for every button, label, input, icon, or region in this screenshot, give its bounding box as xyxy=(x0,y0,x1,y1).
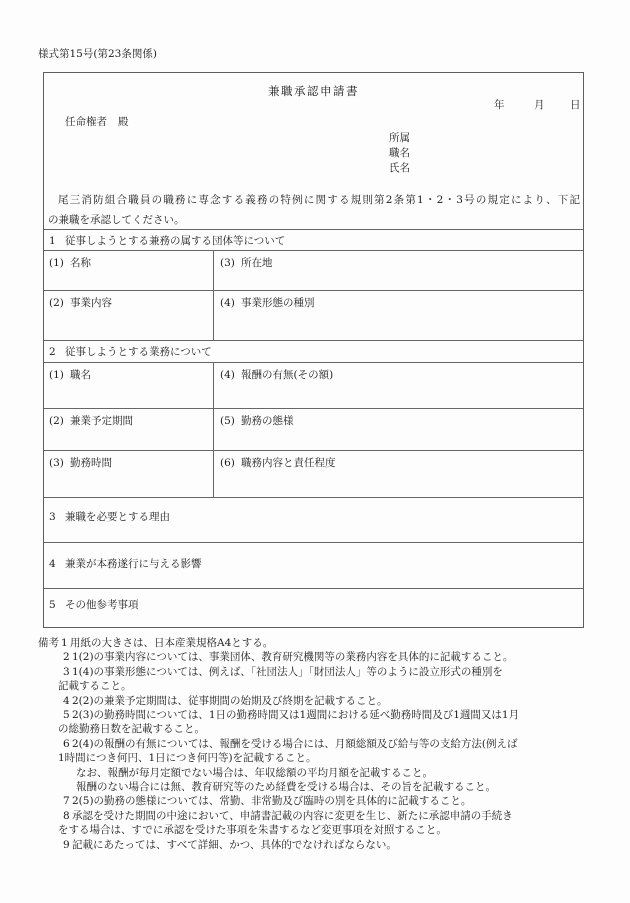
table-row: (2)事業内容 (4)事業形態の種別 xyxy=(44,290,583,340)
remark-text: なお、報酬が毎月定額でない場合は、年収総額の平均月額を記載すること。 xyxy=(76,767,433,779)
remark-number: 4 xyxy=(63,694,72,708)
field-label: 職名 xyxy=(70,369,91,381)
section3-title: 兼職を必要とする理由 xyxy=(65,511,170,523)
remark-line: なお、報酬が毎月定額でない場合は、年収総額の平均月額を記載すること。 xyxy=(76,766,600,780)
remark-text: 用紙の大きさは、日本産業規格A4とする。 xyxy=(70,637,273,649)
request-paragraph-line2: の兼職を承認してください。 xyxy=(48,210,580,230)
remark-line: 72(5)の勤務の態様については、常勤、非常勤及び臨時の別を具体的に記載すること… xyxy=(63,794,600,808)
section5-row: 5その他参考事項 xyxy=(44,588,583,627)
remark-number: 1 xyxy=(61,636,70,650)
section4-title: 兼業が本務遂行に与える影響 xyxy=(65,558,202,570)
field-number: (3) xyxy=(49,457,70,469)
remark-text: をする場合は、すでに承認を受けた事項を朱書するなど変更事項を対照すること。 xyxy=(58,824,447,836)
remark-line: 21(2)の事業内容については、事業団体、教育研究機関等の業務内容を具体的に記載… xyxy=(63,650,600,664)
field-number: (1) xyxy=(49,369,70,381)
remark-line: 52(3)の勤務時間については、1日の勤務時間又は1週間における延べ勤務時間及び… xyxy=(63,708,600,722)
remark-line: 1時間につき何円、1日につき何円等)を記載すること。 xyxy=(58,751,600,765)
applicant-block: 所属 職名 氏名 xyxy=(389,131,410,176)
section4-number: 4 xyxy=(49,558,65,570)
field-label: 所在地 xyxy=(241,257,273,269)
table-row: (2)兼業予定期間 (5)勤務の態様 xyxy=(44,408,583,450)
remark-text: 報酬のない場合には無、教育研究等のため経費を受ける場合は、その旨を記載すること。 xyxy=(76,781,496,793)
remark-line: 9記載にあたっては、すべて詳細、かつ、具体的でなければならない。 xyxy=(63,838,600,852)
field-cell-work-mode: (5)勤務の態様 xyxy=(214,409,583,450)
section4-row: 4兼業が本務遂行に与える影響 xyxy=(44,542,583,588)
remark-text: 2(5)の勤務の態様については、常勤、非常勤及び臨時の別を具体的に記載すること。 xyxy=(72,795,471,807)
date-month-label: 月 xyxy=(534,97,545,112)
field-cell-business-form-type: (4)事業形態の種別 xyxy=(214,291,583,340)
field-number: (1) xyxy=(49,257,70,269)
remark-text: の総勤務日数を記載すること。 xyxy=(58,723,205,735)
field-number: (4) xyxy=(220,369,241,381)
field-cell-remuneration: (4)報酬の有無(その額) xyxy=(214,363,583,408)
field-label: 勤務時間 xyxy=(70,457,112,469)
remark-line: の総勤務日数を記載すること。 xyxy=(58,722,600,736)
field-number: (4) xyxy=(220,297,241,309)
form-number-label: 様式第15号(第23条関係) xyxy=(38,46,157,61)
applicant-affiliation-label: 所属 xyxy=(389,131,410,146)
remark-text: 1時間につき何円、1日につき何円等)を記載すること。 xyxy=(58,752,317,764)
section1-number: 1 xyxy=(49,235,65,247)
remark-text: 記載にあたっては、すべて詳細、かつ、具体的でなければならない。 xyxy=(72,839,397,851)
remark-number: 7 xyxy=(63,794,72,808)
application-form-box: 兼職承認申請書 年 月 日 任命権者殿 所属 職名 氏名 尾三消防組合職員の職務… xyxy=(43,72,584,628)
field-number: (3) xyxy=(220,257,241,269)
applicant-name-label: 氏名 xyxy=(389,161,410,176)
field-label: 名称 xyxy=(70,257,91,269)
table-row: (1)名称 (3)所在地 xyxy=(44,250,583,290)
field-cell-duty-and-responsibility: (6)職務内容と責任程度 xyxy=(214,451,583,497)
field-cell-job-title: (1)職名 xyxy=(44,363,214,408)
field-number: (2) xyxy=(49,415,70,427)
addressee-title: 任命権者 xyxy=(65,116,107,128)
table-row: (1)職名 (4)報酬の有無(その額) xyxy=(44,362,583,408)
remark-text: 承認を受けた期間の中途において、申請書記載の内容に変更を生じ、新たに承認申請の手… xyxy=(72,810,513,822)
section2-header-row: 2従事しようとする業務について xyxy=(44,340,583,362)
remark-text: 2(3)の勤務時間については、1日の勤務時間又は1週間における延べ勤務時間及び1… xyxy=(72,709,519,721)
remark-line: 62(4)の報酬の有無については、報酬を受ける場合には、月額総額及び給与等の支給… xyxy=(63,737,600,751)
field-label: 報酬の有無(その額) xyxy=(241,369,333,381)
remark-line: 記載すること。 xyxy=(58,679,600,693)
remark-line: 報酬のない場合には無、教育研究等のため経費を受ける場合は、その旨を記載すること。 xyxy=(76,780,600,794)
section2-number: 2 xyxy=(49,346,65,358)
applicant-job-title-label: 職名 xyxy=(389,146,410,161)
remark-line: をする場合は、すでに承認を受けた事項を朱書するなど変更事項を対照すること。 xyxy=(58,823,600,837)
remark-text: 2(4)の報酬の有無については、報酬を受ける場合には、月額総額及び給与等の支給方… xyxy=(72,738,517,750)
field-cell-planned-period: (2)兼業予定期間 xyxy=(44,409,214,450)
remark-text: 1(4)の事業形態については、例えば、「社団法人」「財団法人」等のように設立形式… xyxy=(72,666,503,678)
remark-text: 記載すること。 xyxy=(58,680,132,692)
remark-line: 8承認を受けた期間の中途において、申請書記載の内容に変更を生じ、新たに承認申請の… xyxy=(63,809,600,823)
remark-text: 1(2)の事業内容については、事業団体、教育研究機関等の業務内容を具体的に記載す… xyxy=(72,651,513,663)
field-label: 兼業予定期間 xyxy=(70,415,133,427)
remarks-block: 備考1用紙の大きさは、日本産業規格A4とする。 21(2)の事業内容については、… xyxy=(38,636,600,852)
addressee-line: 任命権者殿 xyxy=(65,114,129,129)
remark-number: 6 xyxy=(63,737,72,751)
document-page: 様式第15号(第23条関係) 兼職承認申請書 年 月 日 任命権者殿 所属 職名… xyxy=(0,0,630,903)
remark-text: 2(2)の兼業予定期間は、従事期間の始期及び終期を記載すること。 xyxy=(72,695,388,707)
remark-number: 2 xyxy=(63,650,72,664)
remark-number: 5 xyxy=(63,708,72,722)
section2-title: 従事しようとする業務について xyxy=(65,346,212,358)
field-number: (5) xyxy=(220,415,241,427)
request-paragraph-line1: 尾三消防組合職員の職務に専念する義務の特例に関する規則第2条第1・2・3号の規定… xyxy=(48,190,580,210)
field-cell-business-content: (2)事業内容 xyxy=(44,291,214,340)
field-label: 職務内容と責任程度 xyxy=(241,457,336,469)
field-label: 事業形態の種別 xyxy=(241,297,315,309)
field-label: 事業内容 xyxy=(70,297,112,309)
table-row: (3)勤務時間 (6)職務内容と責任程度 xyxy=(44,450,583,497)
section1-header-row: 1従事しようとする兼務の属する団体等について xyxy=(44,229,583,250)
section5-title: その他参考事項 xyxy=(65,599,139,611)
field-cell-working-hours: (3)勤務時間 xyxy=(44,451,214,497)
remark-line: 31(4)の事業形態については、例えば、「社団法人」「財団法人」等のように設立形… xyxy=(63,665,600,679)
remark-number: 3 xyxy=(63,665,72,679)
date-year-label: 年 xyxy=(494,97,505,112)
remark-line: 42(2)の兼業予定期間は、従事期間の始期及び終期を記載すること。 xyxy=(63,694,600,708)
remark-line: 備考1用紙の大きさは、日本産業規格A4とする。 xyxy=(38,636,600,650)
field-cell-location: (3)所在地 xyxy=(214,251,583,290)
remarks-label: 備考 xyxy=(38,636,61,650)
remark-number: 8 xyxy=(63,809,72,823)
section5-number: 5 xyxy=(49,599,65,611)
date-day-label: 日 xyxy=(570,97,581,112)
request-paragraph: 尾三消防組合職員の職務に専念する義務の特例に関する規則第2条第1・2・3号の規定… xyxy=(48,190,580,230)
addressee-honorific: 殿 xyxy=(118,116,129,128)
remark-number: 9 xyxy=(63,838,72,852)
field-number: (6) xyxy=(220,457,241,469)
section3-number: 3 xyxy=(49,511,65,523)
field-cell-name: (1)名称 xyxy=(44,251,214,290)
section1-title: 従事しようとする兼務の属する団体等について xyxy=(65,235,285,247)
field-number: (2) xyxy=(49,297,70,309)
section3-row: 3兼職を必要とする理由 xyxy=(44,497,583,542)
field-label: 勤務の態様 xyxy=(241,415,294,427)
